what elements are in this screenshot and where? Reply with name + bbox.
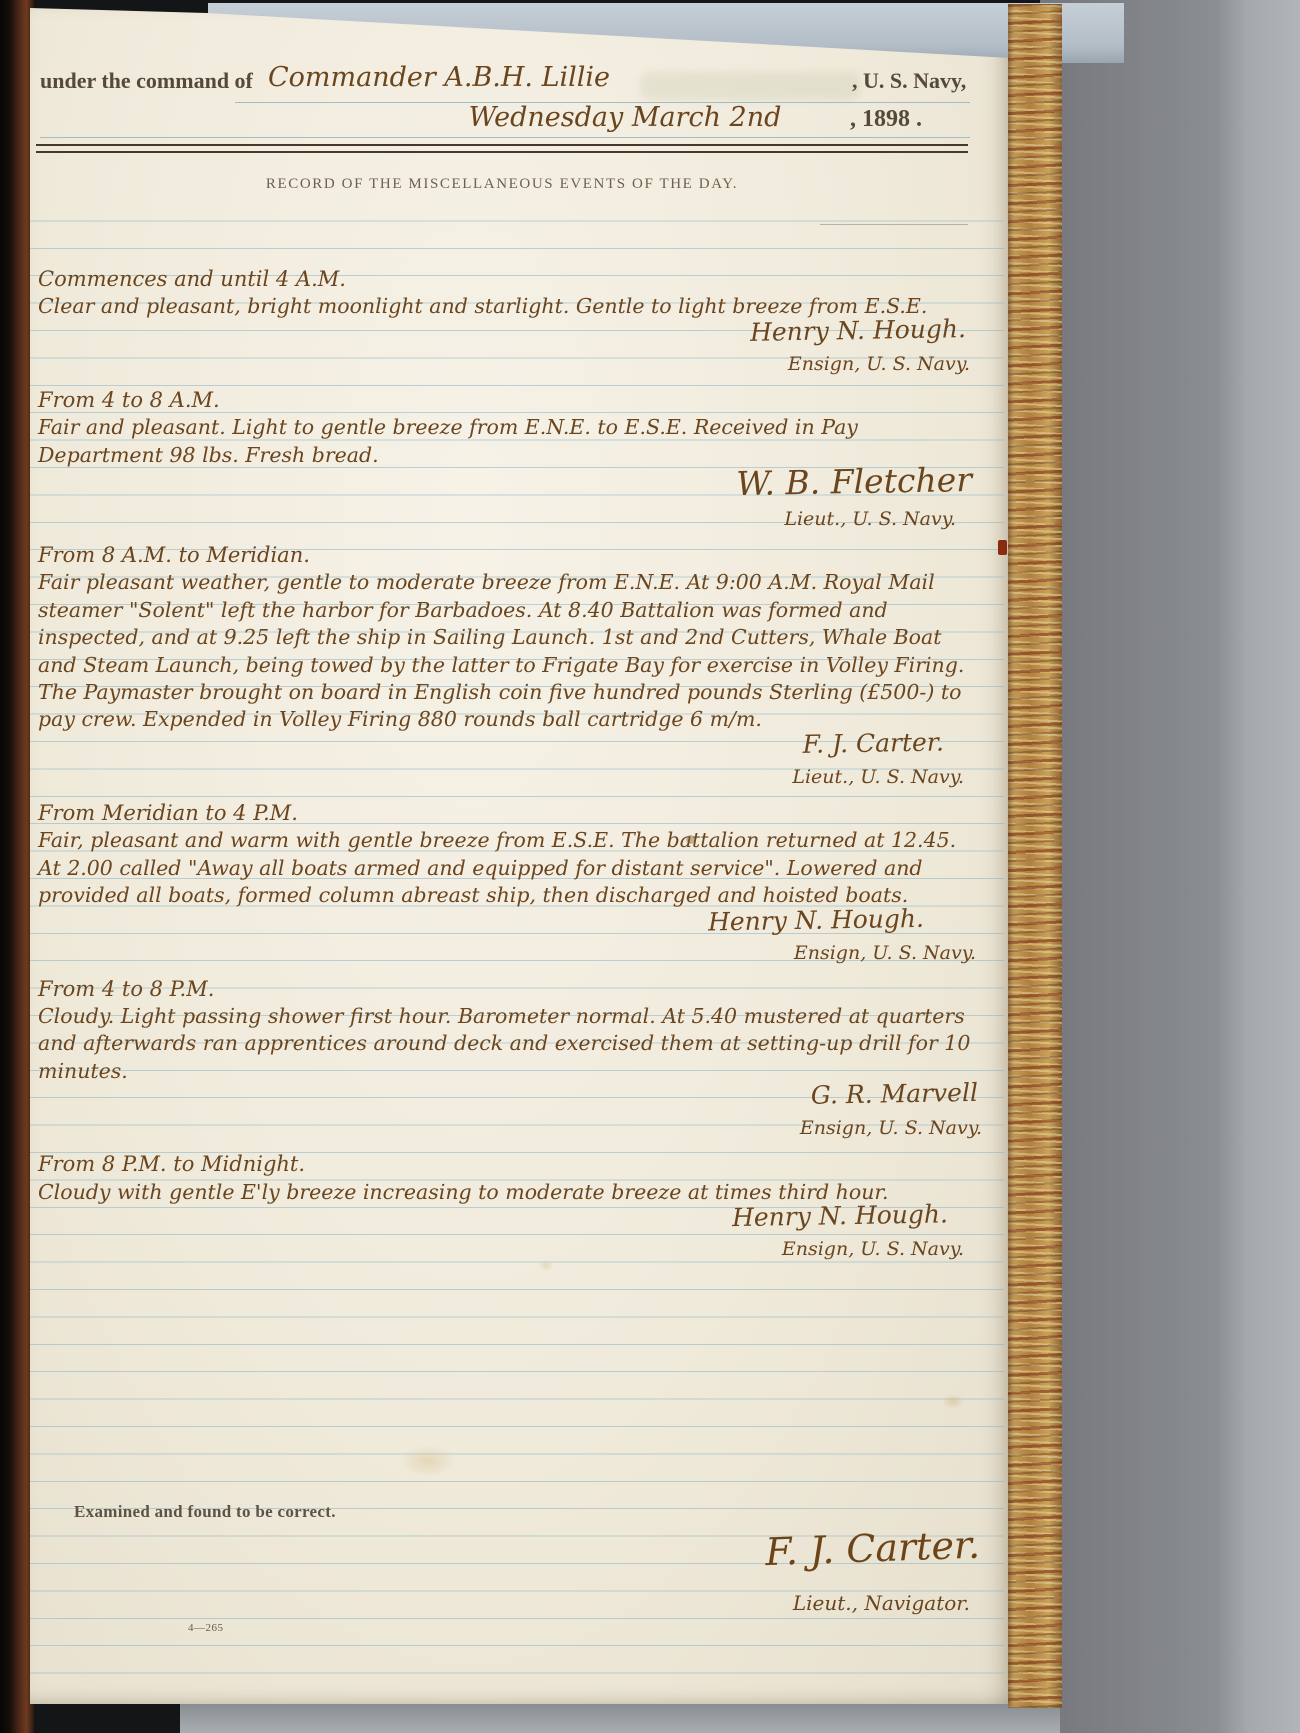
form-number: 4—265: [188, 1622, 224, 1634]
logbook-scan: under the command of Commander A.B.H. Li…: [0, 0, 1300, 1733]
entry-heading: From Meridian to 4 P.M.: [38, 800, 984, 827]
entry-heading: From 4 to 8 P.M.: [38, 976, 984, 1003]
entry-8am-to-meridian: From 8 A.M. to Meridian. Fair pleasant w…: [38, 542, 984, 790]
ink-showthrough: [640, 72, 860, 100]
navy-suffix-label: , U. S. Navy,: [852, 68, 966, 94]
entry-meridian-to-4pm: From Meridian to 4 P.M. Fair, pleasant a…: [38, 800, 984, 966]
navigator-rank: Lieut., Navigator.: [670, 1591, 970, 1615]
commander-name: Commander A.B.H. Lillie: [268, 62, 610, 93]
header-baseline-2: [40, 137, 970, 138]
year-printed: , 1898 .: [850, 106, 922, 133]
entry-heading: From 8 A.M. to Meridian.: [38, 542, 984, 569]
entry-body: Fair and pleasant. Light to gentle breez…: [38, 414, 984, 469]
date-handwritten: Wednesday March 2nd: [440, 102, 810, 133]
entry-body: Cloudy. Light passing shower first hour.…: [38, 1003, 984, 1085]
fore-edge-marbling: [1008, 4, 1062, 1708]
entry-heading: Commences and until 4 A.M.: [38, 266, 984, 293]
entry-body: Fair pleasant weather, gentle to moderat…: [38, 569, 984, 733]
entry-midnight-to-4am: Commences and until 4 A.M. Clear and ple…: [38, 266, 984, 377]
entry-8pm-to-midnight: From 8 P.M. to Midnight. Cloudy with gen…: [38, 1151, 984, 1262]
entry-body: Fair, pleasant and warm with gentle bree…: [38, 827, 984, 909]
header-short-rule: [820, 224, 968, 225]
command-prefix-label: under the command of: [40, 68, 253, 94]
entry-4am-to-8am: From 4 to 8 A.M. Fair and pleasant. Ligh…: [38, 387, 984, 532]
entry-heading: From 8 P.M. to Midnight.: [38, 1151, 984, 1178]
entry-4pm-to-8pm: From 4 to 8 P.M. Cloudy. Light passing s…: [38, 976, 984, 1142]
logbook-page: under the command of Commander A.B.H. Li…: [30, 6, 1010, 1704]
entry-heading: From 4 to 8 A.M.: [38, 387, 984, 414]
section-title: RECORD OF THE MISCELLANEOUS EVENTS OF TH…: [30, 176, 974, 193]
sheet-behind-bottom: [180, 1703, 1060, 1733]
header-double-rule: [36, 144, 968, 153]
book-spine: [0, 0, 34, 1733]
scan-background: [1040, 0, 1300, 1733]
log-entries: Commences and until 4 A.M. Clear and ple…: [38, 252, 984, 1272]
red-edge-mark: [998, 540, 1007, 555]
examined-note: Examined and found to be correct.: [74, 1502, 336, 1522]
